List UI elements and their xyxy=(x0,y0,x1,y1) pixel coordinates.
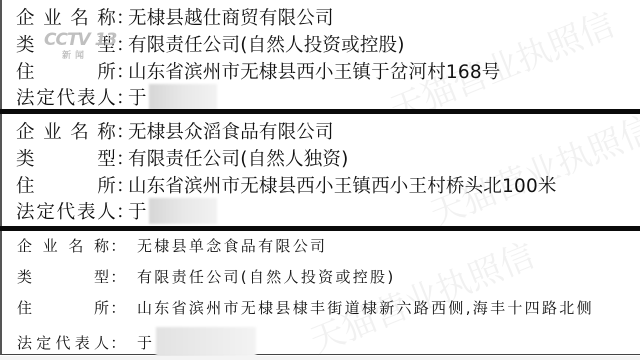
business-license-record-3: 天猫营业执照信 企业名称 ： 无棣县单念食品有限公司 类型 ： 有限责任公司(自… xyxy=(0,231,640,355)
watermark-text: 天猫营业执照信 xyxy=(421,101,640,236)
company-name-value: 无棣县单念食品有限公司 xyxy=(137,235,327,256)
colon: ： xyxy=(116,84,128,110)
type-label: 类型 xyxy=(16,145,116,171)
colon: ： xyxy=(109,235,129,256)
colon: ： xyxy=(109,266,129,287)
address-label: 住所 xyxy=(16,172,116,198)
legal-rep-value: 于 xyxy=(137,332,154,353)
company-name-value: 无棣县众滔食品有限公司 xyxy=(128,118,334,144)
colon: ： xyxy=(116,172,128,198)
business-license-record-1: 天猫营业执照信 企业名称 ： 无棣县越仕商贸有限公司 类型 ： 有限责任公司(自… xyxy=(0,0,640,110)
type-row: 类型 ： 有限责任公司(自然人独资) xyxy=(16,145,349,171)
redacted-name-blur xyxy=(149,198,217,224)
address-label: 住所 xyxy=(17,297,109,318)
legal-rep-label: 法定代表人 xyxy=(16,198,116,224)
legal-rep-row: 法定代表人 ： 于 xyxy=(16,84,217,110)
type-value: 有限责任公司(自然人投资或控股) xyxy=(128,31,405,57)
company-name-label: 企业名称 xyxy=(16,4,116,30)
type-label: 类型 xyxy=(17,266,109,287)
colon: ： xyxy=(109,332,129,353)
colon: ： xyxy=(116,31,128,57)
address-row: 住所 ： 山东省滨州市无棣县棣丰街道棣新六路西侧,海丰十四路北侧 xyxy=(17,297,594,318)
legal-rep-row: 法定代表人 ： 于 xyxy=(16,198,217,224)
address-label: 住所 xyxy=(16,58,116,84)
company-name-row: 企业名称 ： 无棣县单念食品有限公司 xyxy=(17,235,327,256)
address-value: 山东省滨州市无棣县西小王镇于岔河村168号 xyxy=(128,58,501,84)
watermark-text: 天猫营业执照信 xyxy=(301,228,540,360)
colon: ： xyxy=(109,297,129,318)
type-row: 类型 ： 有限责任公司(自然人投资或控股) xyxy=(16,31,405,57)
company-name-value: 无棣县越仕商贸有限公司 xyxy=(128,4,334,30)
address-row: 住所 ： 山东省滨州市无棣县西小王镇于岔河村168号 xyxy=(16,58,501,84)
redacted-name-blur xyxy=(149,84,217,110)
legal-rep-label: 法定代表人 xyxy=(16,84,116,110)
legal-rep-value: 于 xyxy=(128,198,147,224)
type-value: 有限责任公司(自然人独资) xyxy=(128,145,349,171)
type-row: 类型 ： 有限责任公司(自然人投资或控股) xyxy=(17,266,396,287)
legal-rep-value: 于 xyxy=(128,84,147,110)
colon: ： xyxy=(116,4,128,30)
bottom-edge xyxy=(0,356,640,360)
address-value: 山东省滨州市无棣县棣丰街道棣新六路西侧,海丰十四路北侧 xyxy=(137,297,594,318)
address-row: 住所 ： 山东省滨州市无棣县西小王镇西小王村桥头北100米 xyxy=(16,172,557,198)
legal-rep-row: 法定代表人 ： 于 xyxy=(17,327,256,357)
colon: ： xyxy=(116,198,128,224)
redacted-name-blur xyxy=(156,327,256,357)
colon: ： xyxy=(116,118,128,144)
legal-rep-label: 法定代表人 xyxy=(17,332,109,353)
company-name-label: 企业名称 xyxy=(17,235,109,256)
address-value: 山东省滨州市无棣县西小王镇西小王村桥头北100米 xyxy=(128,172,557,198)
colon: ： xyxy=(116,58,128,84)
company-name-row: 企业名称 ： 无棣县众滔食品有限公司 xyxy=(16,118,334,144)
type-value: 有限责任公司(自然人投资或控股) xyxy=(137,266,396,287)
colon: ： xyxy=(116,145,128,171)
business-license-record-2: 天猫营业执照信 企业名称 ： 无棣县众滔食品有限公司 类型 ： 有限责任公司(自… xyxy=(0,114,640,226)
type-label: 类型 xyxy=(16,31,116,57)
company-name-label: 企业名称 xyxy=(16,118,116,144)
company-name-row: 企业名称 ： 无棣县越仕商贸有限公司 xyxy=(16,4,334,30)
